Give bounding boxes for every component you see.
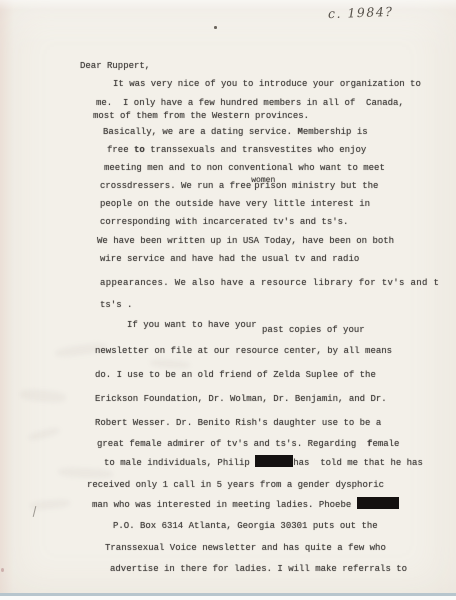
- red-speck-artifact: [1, 568, 4, 572]
- letter-line: to male individuals, Philip has told me …: [104, 455, 423, 469]
- scan-bottom-strip: [0, 593, 456, 596]
- letter-text: do. I use to be an old friend of Zelda S…: [95, 370, 376, 380]
- letter-line: crossdressers. We run a freewomenprison …: [100, 180, 378, 193]
- letter-line: meeting men and to non conventional who …: [104, 162, 385, 174]
- show-through-smudge: [20, 388, 67, 404]
- letter-text: We have been written up in USA Today, ha…: [97, 236, 394, 246]
- letter-line: me. I only have a few hundred members in…: [96, 97, 404, 109]
- letter-line: Erickson Foundation, Dr. Wolman, Dr. Ben…: [95, 393, 387, 405]
- letter-text: to: [134, 145, 145, 155]
- letter-line: Transsexual Voice newsletter and has qui…: [105, 542, 386, 554]
- letter-line: Dear Ruppert,: [80, 60, 150, 72]
- page-left-edge-shading: [0, 0, 14, 600]
- letter-text: transsexuals and transvestites who enjoy: [145, 145, 366, 155]
- letter-line: Robert Wesser. Dr. Benito Rish's daughte…: [95, 417, 381, 429]
- handwritten-date-annotation: c. 1984?: [328, 4, 394, 21]
- letter-line: We have been written up in USA Today, ha…: [97, 235, 394, 247]
- letter-text: most of them from the Western provinces.: [93, 111, 309, 121]
- letter-text: great female admirer of tv's and ts's. R…: [97, 439, 367, 449]
- letter-text: If you want to have your: [127, 320, 262, 330]
- letter-text: me. I only have a few hundred members in…: [96, 98, 404, 108]
- ink-dot-artifact: [214, 26, 217, 29]
- letter-line: do. I use to be an old friend of Zelda S…: [95, 369, 376, 381]
- letter-text: emale: [372, 439, 399, 449]
- inserted-word-above-line: women: [251, 175, 254, 187]
- letter-text: advertise in there for ladies. I will ma…: [110, 564, 407, 574]
- letter-line: corresponding with incarcerated tv's and…: [100, 216, 348, 228]
- letter-text: has told me that he has: [293, 458, 423, 468]
- show-through-smudge: [30, 498, 71, 510]
- letter-line: free to transsexuals and transvestites w…: [107, 144, 366, 156]
- letter-text: Basically, we are a dating service.: [103, 127, 297, 137]
- letter-line: Basically, we are a dating service. Memb…: [103, 126, 368, 138]
- redaction-box: [255, 455, 293, 467]
- letter-text: wire service and have had the usual tv a…: [100, 254, 359, 264]
- letter-text: It was very nice of you to introduce you…: [113, 79, 421, 89]
- letter-page: c. 1984? Dear Ruppert,It was very nice o…: [0, 0, 456, 600]
- letter-line: most of them from the Western provinces.: [93, 110, 309, 122]
- letter-text: ts's .: [100, 300, 132, 310]
- letter-text: embership is: [303, 127, 368, 137]
- letter-text: meeting men and to non conventional who …: [104, 163, 385, 173]
- show-through-smudge: [28, 426, 61, 442]
- letter-text: Erickson Foundation, Dr. Wolman, Dr. Ben…: [95, 394, 387, 404]
- redaction-box: [357, 497, 399, 509]
- letter-text: free: [107, 145, 134, 155]
- letter-text: received only 1 call in 5 years from a g…: [87, 480, 384, 490]
- letter-text: corresponding with incarcerated tv's and…: [100, 217, 348, 227]
- letter-text: Dear Ruppert,: [80, 61, 150, 71]
- letter-text: man who was interested in meeting ladies…: [92, 500, 357, 510]
- letter-text: P.O. Box 6314 Atlanta, Georgia 30301 put…: [113, 521, 378, 531]
- letter-line: received only 1 call in 5 years from a g…: [87, 479, 384, 491]
- letter-text: to male individuals, Philip: [104, 458, 255, 468]
- letter-text: appearances. We also have a resource lib…: [100, 278, 439, 288]
- letter-line: man who was interested in meeting ladies…: [92, 497, 399, 511]
- letter-line: newsletter on file at our resource cente…: [95, 345, 392, 357]
- dropped-text-below-line: past copies of your: [262, 325, 365, 335]
- letter-text: crossdressers. We run a free: [100, 181, 251, 191]
- show-through-smudge: [150, 359, 190, 370]
- letter-line: advertise in there for ladies. I will ma…: [110, 563, 407, 575]
- letter-line: wire service and have had the usual tv a…: [100, 253, 359, 265]
- letter-text: Robert Wesser. Dr. Benito Rish's daughte…: [95, 418, 381, 428]
- letter-line: people on the outside have very little i…: [100, 198, 370, 210]
- letter-text: newsletter on file at our resource cente…: [95, 346, 392, 356]
- letter-line: It was very nice of you to introduce you…: [113, 78, 421, 90]
- letter-line: P.O. Box 6314 Atlanta, Georgia 30301 put…: [113, 520, 378, 532]
- letter-text: people on the outside have very little i…: [100, 199, 370, 209]
- letter-line: appearances. We also have a resource lib…: [100, 277, 439, 289]
- letter-line: If you want to have your past copies of …: [127, 319, 365, 331]
- letter-line: great female admirer of tv's and ts's. R…: [97, 438, 399, 450]
- letter-text: Transsexual Voice newsletter and has qui…: [105, 543, 386, 553]
- letter-line: ts's .: [100, 299, 132, 311]
